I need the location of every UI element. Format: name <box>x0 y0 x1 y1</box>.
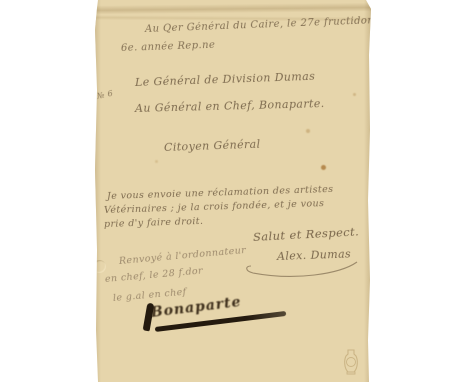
scanned-letter-photo: Au Qer Général du Caire, le 27e fructido… <box>0 0 468 382</box>
bonaparte-endorsement-line1: Renvoyé à l'ordonnateur <box>119 245 247 267</box>
letter-salutation: Citoyen Général <box>164 138 261 154</box>
dumas-signature: Alex. Dumas <box>277 247 352 263</box>
foxing-spot <box>321 165 326 170</box>
bonaparte-endorsement-line2: en chef, le 28 f.dor <box>105 265 204 285</box>
round-emboss-mark-icon <box>93 260 106 273</box>
letter-margin-number: № 6 <box>96 89 114 101</box>
letter-body-line3: prie d'y faire droit. <box>104 216 204 230</box>
foxing-spot <box>353 93 356 96</box>
paper-right-edge-shadow <box>364 0 371 382</box>
letter-paper-sheet: Au Qer Général du Caire, le 27e fructido… <box>95 0 371 382</box>
embossed-crest-stamp-icon <box>342 348 360 376</box>
foxing-spot <box>306 129 310 133</box>
foxing-spot <box>155 160 158 163</box>
paper-left-edge-shadow <box>95 0 101 382</box>
letter-dateline-line2: 6e. année Rep.ne <box>121 40 216 54</box>
paper-fold-crease <box>95 3 371 15</box>
letter-recipient-line: Au Général en Chef, Bonaparte. <box>135 97 325 115</box>
letter-sender-line: Le Général de Division Dumas <box>135 70 316 89</box>
letter-closing: Salut et Respect. <box>253 224 360 244</box>
